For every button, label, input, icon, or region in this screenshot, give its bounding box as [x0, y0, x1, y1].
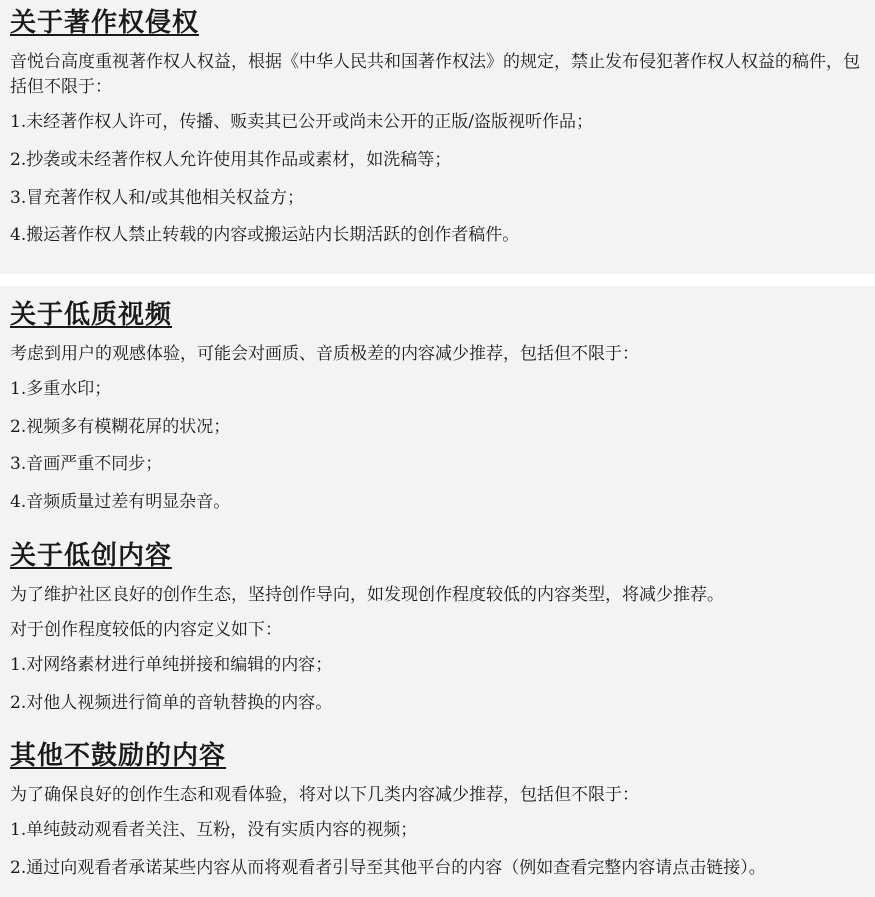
- section-title: 关于低创内容: [10, 541, 863, 571]
- list-item: 2.视频多有模糊花屏的状况；: [10, 415, 863, 440]
- list-item: 1.对网络素材进行单纯拼接和编辑的内容；: [10, 653, 863, 678]
- section-paragraph: 为了确保良好的创作生态和观看体验，将对以下几类内容减少推荐，包括但不限于：: [10, 783, 863, 808]
- list-item: 3.冒充著作权人和/或其他相关权益方；: [10, 186, 863, 211]
- list-item: 1.未经著作权人许可，传播、贩卖其已公开或尚未公开的正版/盗版视听作品；: [10, 110, 863, 135]
- list-item: 3.音画严重不同步；: [10, 452, 863, 477]
- list-item: 1.多重水印；: [10, 377, 863, 402]
- list-item: 2.通过向观看者承诺某些内容从而将观看者引导至其他平台的内容（例如查看完整内容请…: [10, 856, 863, 881]
- section-title: 关于低质视频: [10, 300, 863, 330]
- section-divider: [0, 274, 875, 286]
- policy-section: 关于低质视频考虑到用户的观感体验，可能会对画质、音质极差的内容减少推荐，包括但不…: [10, 300, 863, 515]
- section-paragraph: 对于创作程度较低的内容定义如下：: [10, 618, 863, 643]
- section-title: 关于著作权侵权: [10, 8, 863, 38]
- section-title: 其他不鼓励的内容: [10, 741, 863, 771]
- list-item: 4.搬运著作权人禁止转载的内容或搬运站内长期活跃的创作者稿件。: [10, 223, 863, 248]
- list-item: 4.音频质量过差有明显杂音。: [10, 490, 863, 515]
- policy-section: 关于低创内容为了维护社区良好的创作生态，坚持创作导向，如发现创作程度较低的内容类…: [10, 541, 863, 716]
- section-paragraph: 考虑到用户的观感体验，可能会对画质、音质极差的内容减少推荐，包括但不限于：: [10, 342, 863, 367]
- section-paragraph: 音悦台高度重视著作权人权益，根据《中华人民共和国著作权法》的规定，禁止发布侵犯著…: [10, 50, 863, 100]
- list-item: 2.对他人视频进行简单的音轨替换的内容。: [10, 691, 863, 716]
- section-paragraph: 为了维护社区良好的创作生态，坚持创作导向，如发现创作程度较低的内容类型，将减少推…: [10, 583, 863, 608]
- policy-document: 关于著作权侵权音悦台高度重视著作权人权益，根据《中华人民共和国著作权法》的规定，…: [0, 0, 875, 881]
- list-item: 2.抄袭或未经著作权人允许使用其作品或素材，如洗稿等；: [10, 148, 863, 173]
- policy-section: 其他不鼓励的内容为了确保良好的创作生态和观看体验，将对以下几类内容减少推荐，包括…: [10, 741, 863, 880]
- policy-section: 关于著作权侵权音悦台高度重视著作权人权益，根据《中华人民共和国著作权法》的规定，…: [10, 8, 863, 248]
- list-item: 1.单纯鼓动观看者关注、互粉，没有实质内容的视频；: [10, 818, 863, 843]
